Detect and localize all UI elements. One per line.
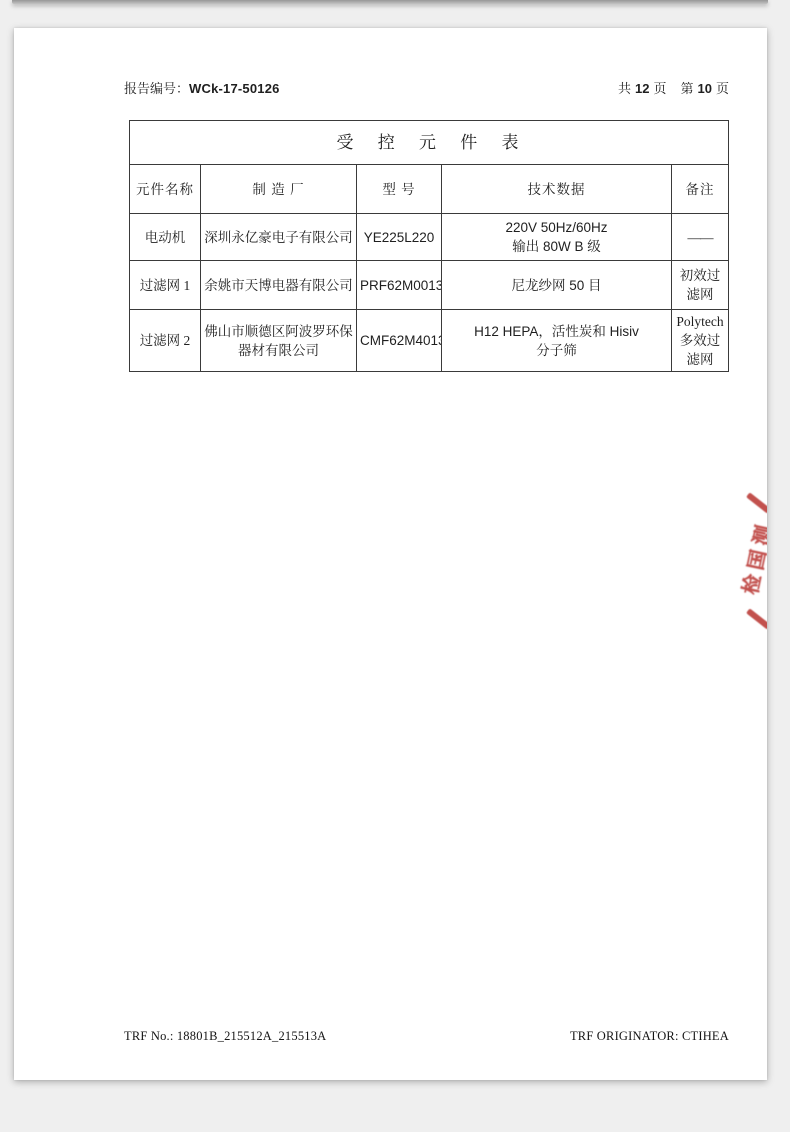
table-title-row: 受 控 元 件 表 <box>130 121 729 165</box>
column-header-tech: 技术数据 <box>442 165 672 214</box>
trf-number: TRF No.: 18801B_215512A_215513A <box>124 1029 326 1044</box>
cell-model: PRF62M0013 <box>357 261 442 310</box>
column-header-remark: 备注 <box>672 165 729 214</box>
stamp-stroke-icon <box>746 608 767 629</box>
stamp-stroke-icon <box>746 492 767 513</box>
document-viewer-background: 报告编号：WCk-17-50126 共12页第10页 受 控 元 件 表 元件名… <box>0 0 790 1132</box>
cell-manufacturer: 佛山市顺德区阿波罗环保器材有限公司 <box>201 310 357 372</box>
cell-name: 电动机 <box>130 214 201 261</box>
table-row-filter-1: 过滤网 1 余姚市天博电器有限公司 PRF62M0013 尼龙纱网 50 目 初… <box>130 261 729 310</box>
cell-remark: 初效过滤网 <box>672 261 729 310</box>
cell-tech: 220V 50Hz/60Hz 输出 80W B 级 <box>442 214 672 261</box>
table-header-row: 元件名称 制 造 厂 型 号 技术数据 备注 <box>130 165 729 214</box>
cell-model: CMF62M4013 <box>357 310 442 372</box>
report-number-value: WCk-17-50126 <box>189 81 280 96</box>
pages-total-suffix: 页 <box>653 81 666 96</box>
cell-tech: 尼龙纱网 50 目 <box>442 261 672 310</box>
cell-remark: Polytech 多效过滤网 <box>672 310 729 372</box>
cell-remark: —— <box>672 214 729 261</box>
cell-manufacturer: 深圳永亿豪电子有限公司 <box>201 214 357 261</box>
page-current-prefix: 第 <box>681 81 694 96</box>
cell-tech: H12 HEPA，活性炭和 Hisiv 分子筛 <box>442 310 672 372</box>
previous-page-bottom-edge <box>12 0 768 4</box>
column-header-name: 元件名称 <box>130 165 201 214</box>
column-header-model: 型 号 <box>357 165 442 214</box>
red-paging-stamp: 检国测 <box>738 468 767 646</box>
controlled-components-table: 受 控 元 件 表 元件名称 制 造 厂 型 号 技术数据 备注 电动机 深圳永… <box>129 120 729 372</box>
trf-originator: TRF ORIGINATOR: CTIHEA <box>570 1029 729 1044</box>
pages-total-prefix: 共 <box>618 81 631 96</box>
table-row-motor: 电动机 深圳永亿豪电子有限公司 YE225L220 220V 50Hz/60Hz… <box>130 214 729 261</box>
page-header: 报告编号：WCk-17-50126 共12页第10页 <box>124 78 729 97</box>
cell-name: 过滤网 2 <box>130 310 201 372</box>
table-row-filter-2: 过滤网 2 佛山市顺德区阿波罗环保器材有限公司 CMF62M4013 H12 H… <box>130 310 729 372</box>
report-number-label: 报告编号： <box>124 81 189 96</box>
cell-manufacturer: 余姚市天博电器有限公司 <box>201 261 357 310</box>
page-footer: TRF No.: 18801B_215512A_215513A TRF ORIG… <box>124 1029 729 1044</box>
page-current-suffix: 页 <box>716 81 729 96</box>
page-count: 共12页第10页 <box>618 78 729 97</box>
pages-total-value: 12 <box>635 81 649 96</box>
stamp-text: 检国测 <box>734 517 767 596</box>
cell-name: 过滤网 1 <box>130 261 201 310</box>
page-current-value: 10 <box>698 81 712 96</box>
table-title: 受 控 元 件 表 <box>130 121 729 165</box>
cell-model: YE225L220 <box>357 214 442 261</box>
report-number: 报告编号：WCk-17-50126 <box>124 78 280 97</box>
report-page-10: 报告编号：WCk-17-50126 共12页第10页 受 控 元 件 表 元件名… <box>14 28 767 1080</box>
column-header-manufacturer: 制 造 厂 <box>201 165 357 214</box>
